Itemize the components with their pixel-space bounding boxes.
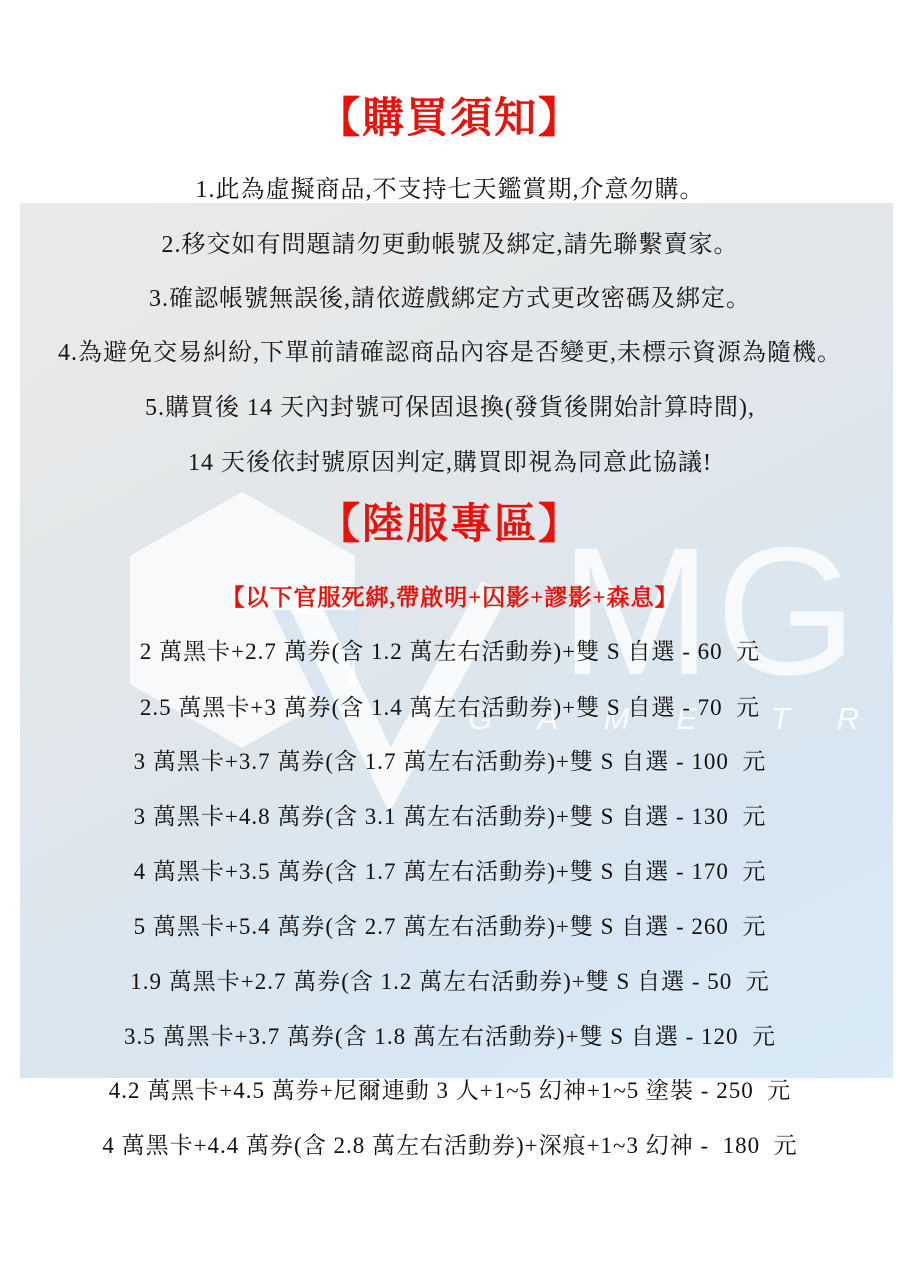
price-line: 3 萬黑卡+4.8 萬券(含 3.1 萬左右活動券)+雙 S 自選 - 130 … <box>0 802 900 832</box>
notice-line: 14 天後依封號原因判定,購買即視為同意此協議! <box>0 448 900 478</box>
notice-line: 5.購買後 14 天內封號可保固退換(發貨後開始計算時間), <box>0 393 900 423</box>
price-line: 2 萬黑卡+2.7 萬券(含 1.2 萬左右活動券)+雙 S 自選 - 60 元 <box>0 637 900 667</box>
section-subtitle: 【以下官服死綁,帶啟明+囚影+謬影+森息】 <box>0 583 900 613</box>
notice-line: 3.確認帳號無誤後,請依遊戲綁定方式更改密碼及綁定。 <box>0 284 900 314</box>
price-line: 1.9 萬黑卡+2.7 萬券(含 1.2 萬左右活動券)+雙 S 自選 - 50… <box>0 967 900 997</box>
price-line: 3 萬黑卡+3.7 萬券(含 1.7 萬左右活動券)+雙 S 自選 - 100 … <box>0 747 900 777</box>
price-line: 4.2 萬黑卡+4.5 萬券+尼爾連動 3 人+1~5 幻神+1~5 塗裝 - … <box>0 1076 900 1106</box>
page-title: 【購買須知】 <box>0 93 900 145</box>
notice-line: 2.移交如有問題請勿更動帳號及綁定,請先聯繫賣家。 <box>0 230 900 260</box>
price-line: 5 萬黑卡+5.4 萬券(含 2.7 萬左右活動券)+雙 S 自選 - 260 … <box>0 912 900 942</box>
section-title: 【陸服專區】 <box>0 499 900 551</box>
notice-line: 1.此為虛擬商品,不支持七天鑑賞期,介意勿購。 <box>0 175 900 205</box>
notice-line: 4.為避免交易糾紛,下單前請確認商品內容是否變更,未標示資源為隨機。 <box>0 338 900 368</box>
price-line: 4 萬黑卡+3.5 萬券(含 1.7 萬左右活動券)+雙 S 自選 - 170 … <box>0 857 900 887</box>
price-line: 3.5 萬黑卡+3.7 萬券(含 1.8 萬左右活動券)+雙 S 自選 - 12… <box>0 1022 900 1052</box>
price-line: 4 萬黑卡+4.4 萬券(含 2.8 萬左右活動券)+深痕+1~3 幻神 - 1… <box>0 1131 900 1161</box>
price-line: 2.5 萬黑卡+3 萬券(含 1.4 萬左右活動券)+雙 S 自選 - 70 元 <box>0 693 900 723</box>
